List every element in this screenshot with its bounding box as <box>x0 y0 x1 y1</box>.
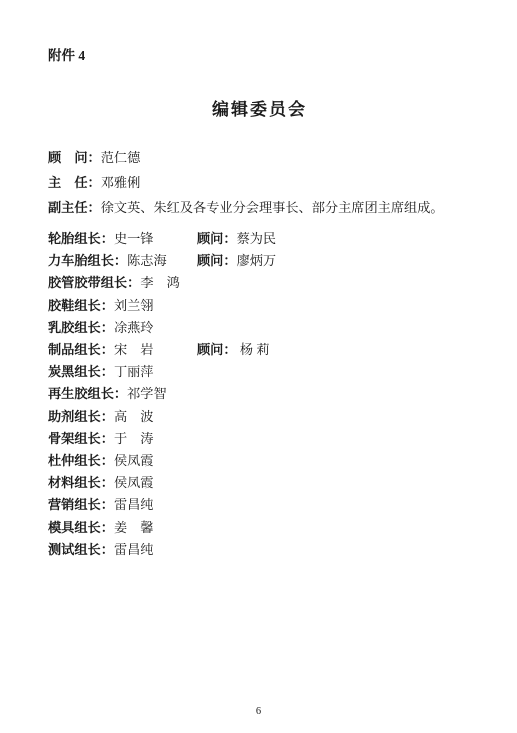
group-row: 再生胶组长：祁学智 <box>48 383 471 405</box>
group-row: 炭黑组长：丁丽萍 <box>48 361 471 383</box>
group-leader-name: 史一锋 <box>114 231 154 246</box>
officer-row: 副主任：徐文英、朱红及各专业分会理事长、部分主席团主席组成。 <box>48 195 471 220</box>
group-leader-name: 侯凤霞 <box>114 475 154 490</box>
group-row: 力车胎组长：陈志海顾问：廖炳万 <box>48 250 471 272</box>
group-role-label: 轮胎组长： <box>48 231 114 246</box>
page-title: 编辑委员会 <box>48 95 471 120</box>
group-row: 营销组长：雷昌纯 <box>48 494 471 516</box>
group-role-label: 胶鞋组长： <box>48 298 114 313</box>
document-content: 附件 4 编辑委员会 顾 问：范仁德 主 任：邓雅俐 副主任：徐文英、朱红及各专… <box>0 0 517 561</box>
officer-row: 主 任：邓雅俐 <box>48 170 471 195</box>
advisor-label: 顾问： <box>197 342 237 357</box>
officer-name: 徐文英、朱红及各专业分会理事长、部分主席团主席组成。 <box>101 200 444 215</box>
document-page: 附件 4 编辑委员会 顾 问：范仁德 主 任：邓雅俐 副主任：徐文英、朱红及各专… <box>0 0 517 733</box>
group-role-label: 测试组长： <box>48 542 114 557</box>
officer-role-label: 顾 问： <box>48 150 101 165</box>
group-leader-name: 雷昌纯 <box>114 542 154 557</box>
group-role-label: 骨架组长： <box>48 431 114 446</box>
attachment-label: 附件 4 <box>48 44 471 64</box>
advisor-name: 廖炳万 <box>237 253 277 268</box>
group-row: 助剂组长：高 波 <box>48 406 471 428</box>
page-number: 6 <box>0 706 517 717</box>
group-role-label: 营销组长： <box>48 497 114 512</box>
group-leader-name: 侯凤霞 <box>114 453 154 468</box>
group-leader-name: 于 涛 <box>114 431 154 446</box>
group-leader-name: 高 波 <box>114 409 154 424</box>
group-leader-name: 姜 馨 <box>114 520 154 535</box>
group-row: 骨架组长：于 涛 <box>48 428 471 450</box>
group-leader-name: 丁丽萍 <box>114 364 154 379</box>
group-advisor: 顾问：廖炳万 <box>197 250 276 272</box>
group-row: 制品组长：宋 岩顾问： 杨 莉 <box>48 339 471 361</box>
group-row: 测试组长：雷昌纯 <box>48 539 471 561</box>
group-role-label: 炭黑组长： <box>48 364 114 379</box>
group-leader-name: 李 鸿 <box>140 275 180 290</box>
advisor-label: 顾问： <box>197 231 237 246</box>
group-leader-name: 宋 岩 <box>114 342 154 357</box>
group-role-label: 乳胶组长： <box>48 320 114 335</box>
officer-name: 邓雅俐 <box>101 175 141 190</box>
officers-block: 顾 问：范仁德 主 任：邓雅俐 副主任：徐文英、朱红及各专业分会理事长、部分主席… <box>48 145 471 220</box>
advisor-name: 杨 莉 <box>237 342 270 357</box>
group-row: 材料组长：侯凤霞 <box>48 472 471 494</box>
group-row: 胶鞋组长：刘兰翎 <box>48 295 471 317</box>
group-row: 轮胎组长：史一锋顾问：蔡为民 <box>48 228 471 250</box>
group-role-label: 制品组长： <box>48 342 114 357</box>
officer-role-label: 副主任： <box>48 200 101 215</box>
group-leader-name: 凃燕玲 <box>114 320 154 335</box>
group-row: 乳胶组长：凃燕玲 <box>48 317 471 339</box>
group-role-label: 助剂组长： <box>48 409 114 424</box>
group-role-label: 材料组长： <box>48 475 114 490</box>
group-leader-name: 刘兰翎 <box>114 298 154 313</box>
group-leader-name: 祁学智 <box>127 386 167 401</box>
group-row: 胶管胶带组长：李 鸿 <box>48 272 471 294</box>
group-role-label: 模具组长： <box>48 520 114 535</box>
group-role-label: 再生胶组长： <box>48 386 127 401</box>
group-role-label: 胶管胶带组长： <box>48 275 140 290</box>
group-advisor: 顾问：蔡为民 <box>197 228 276 250</box>
group-leader-name: 陈志海 <box>127 253 167 268</box>
group-leader-name: 雷昌纯 <box>114 497 154 512</box>
group-row: 杜仲组长：侯凤霞 <box>48 450 471 472</box>
officer-role-label: 主 任： <box>48 175 101 190</box>
advisor-name: 蔡为民 <box>237 231 277 246</box>
officer-name: 范仁德 <box>101 150 141 165</box>
group-role-label: 杜仲组长： <box>48 453 114 468</box>
group-role-label: 力车胎组长： <box>48 253 127 268</box>
group-advisor: 顾问： 杨 莉 <box>197 339 270 361</box>
groups-block: 轮胎组长：史一锋顾问：蔡为民 力车胎组长：陈志海顾问：廖炳万 胶管胶带组长：李 … <box>48 228 471 561</box>
officer-row: 顾 问：范仁德 <box>48 145 471 170</box>
advisor-label: 顾问： <box>197 253 237 268</box>
group-row: 模具组长：姜 馨 <box>48 517 471 539</box>
